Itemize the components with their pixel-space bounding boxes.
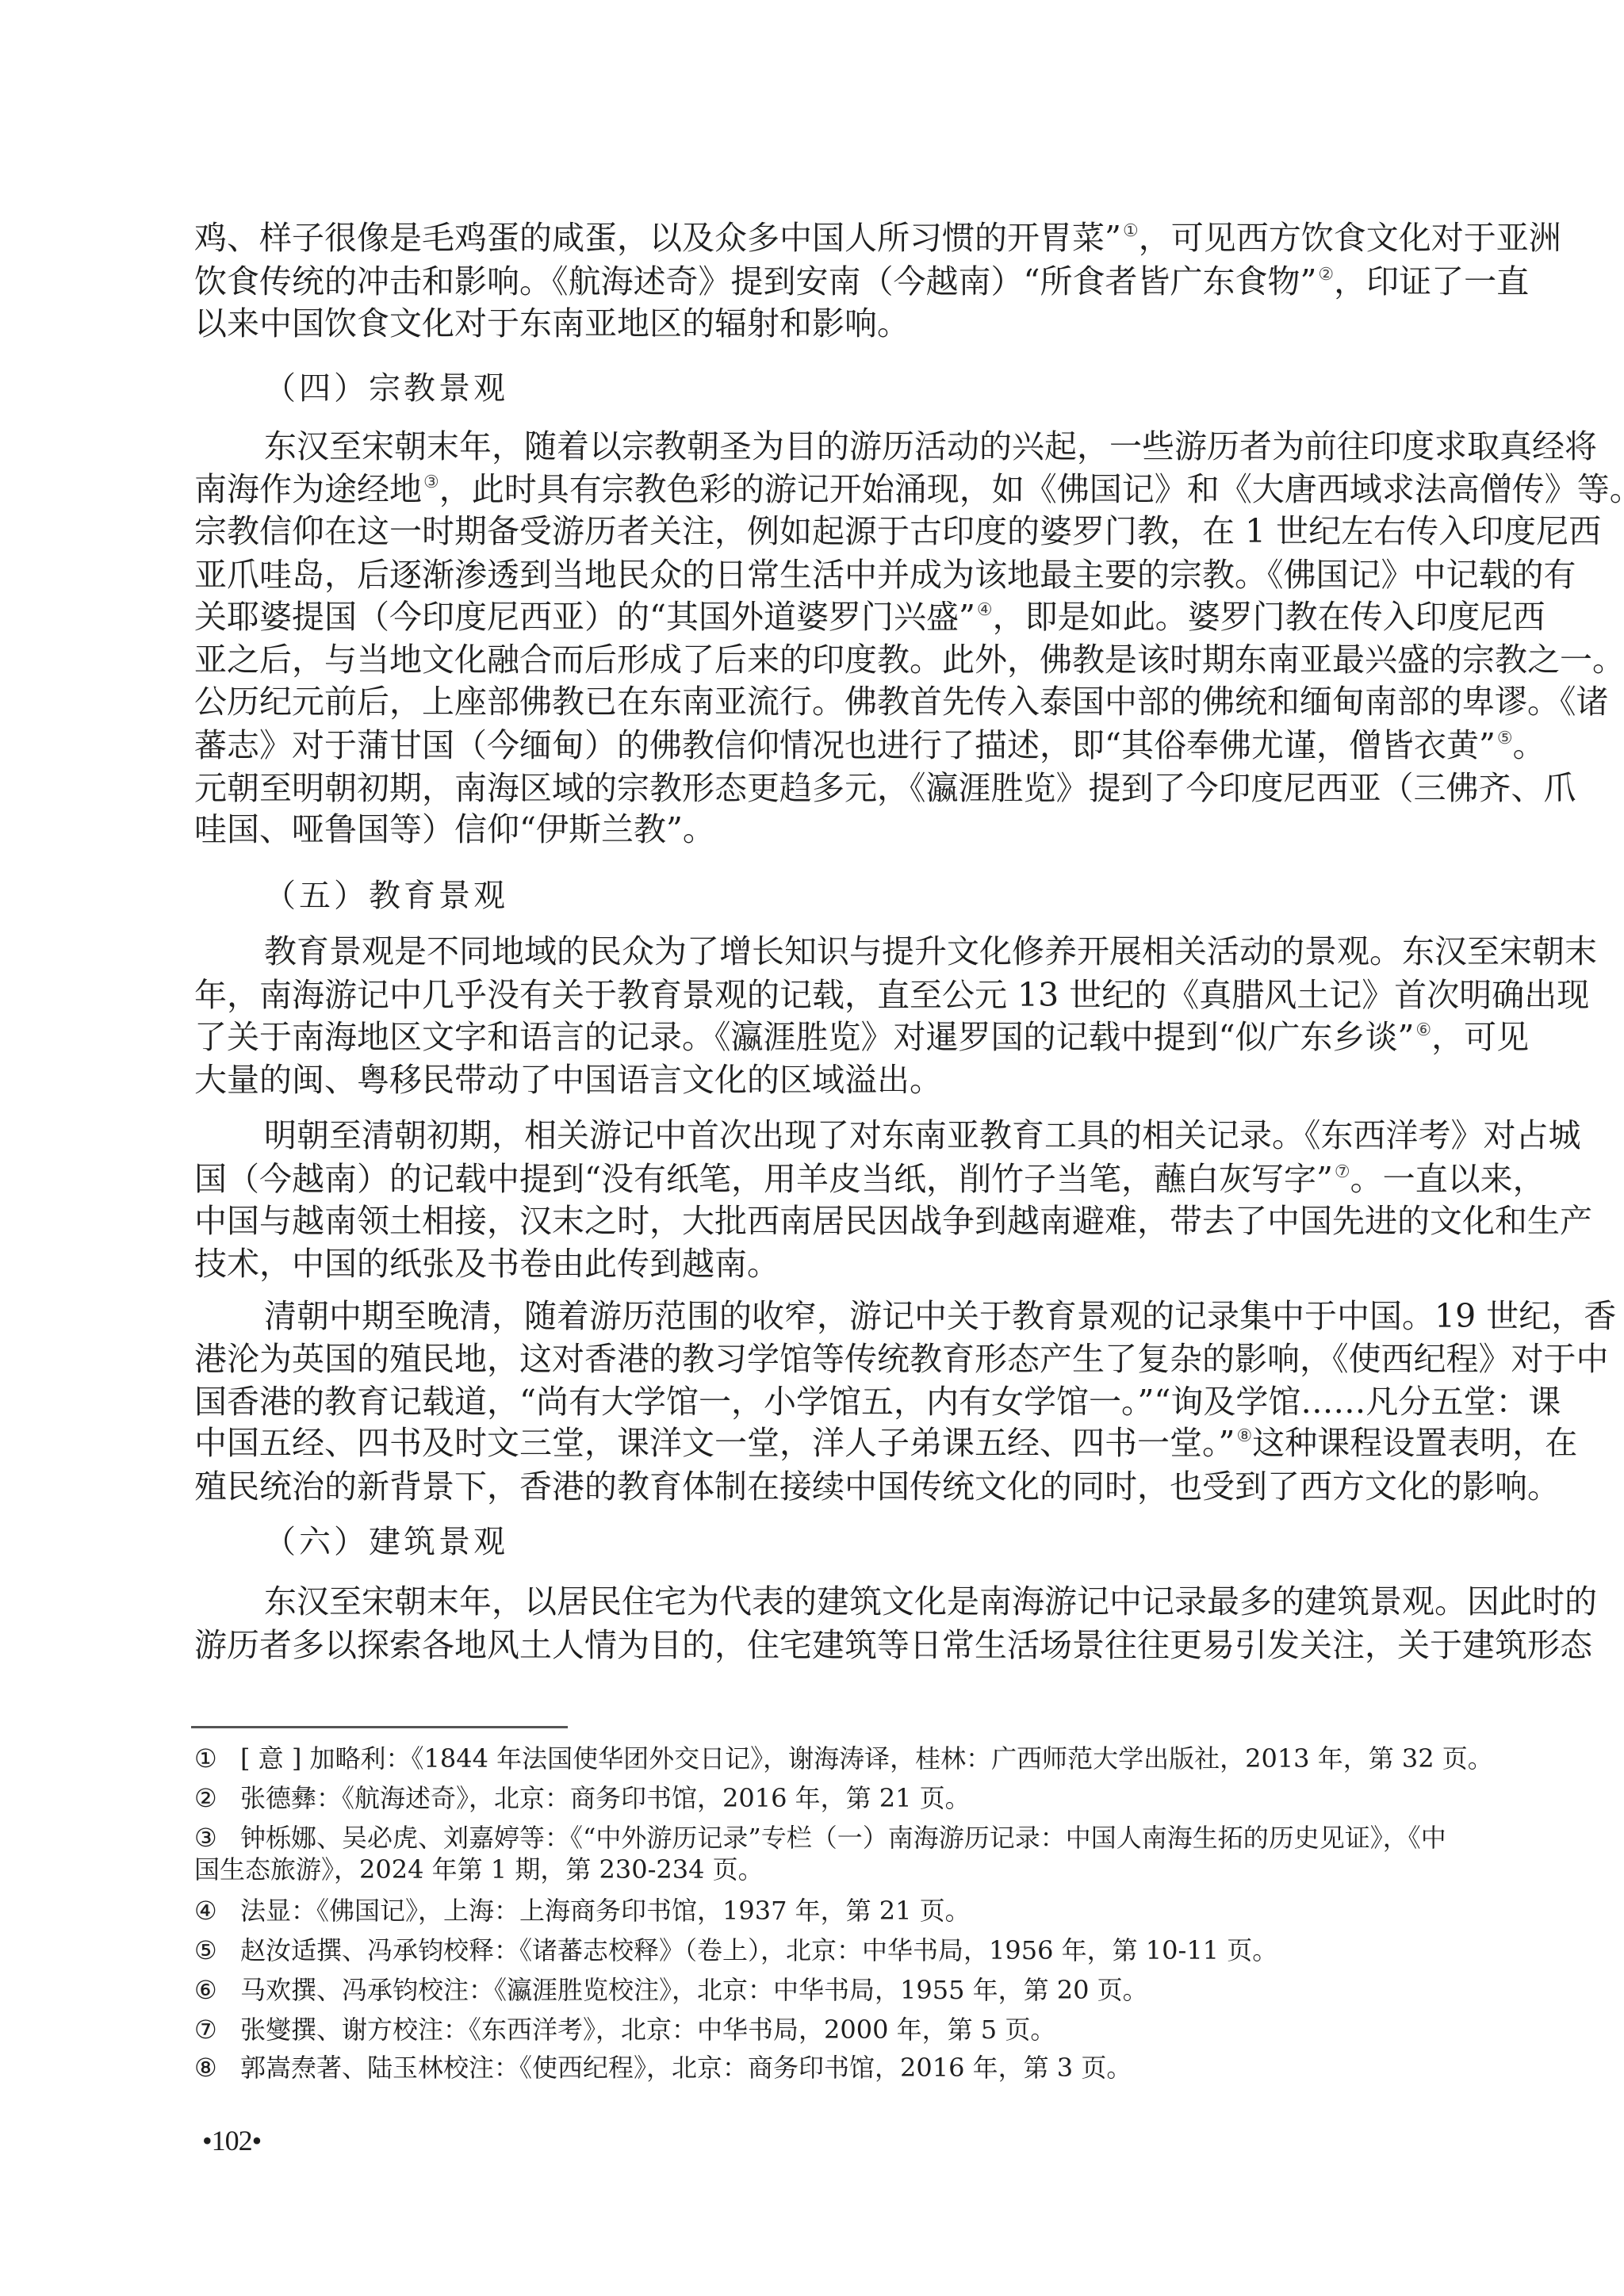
text-span: 南海作为途经地 — [194, 470, 422, 508]
footnote-text: 郭嵩焘著、陆玉林校注：《使西纪程》，北京：商务印书馆，2016 年，第 3 页。 — [240, 2053, 1132, 2083]
document-page: 鸡、样子很像是毛鸡蛋的咸蛋，以及众多中国人所习惯的开胃菜”①，可见西方饮食文化对… — [0, 0, 1624, 2296]
body-line: 元朝至明朝初期，南海区域的宗教形态更趋多元，《瀛涯胜览》提到了今印度尼西亚（三佛… — [194, 768, 1431, 808]
body-line: 了关于南海地区文字和语言的记录。《瀛涯胜览》对暹罗国的记载中提到“似广东乡谈”⑥… — [194, 1017, 1431, 1057]
text-span: 这种课程设置表明，在 — [1252, 1424, 1577, 1462]
body-line: 哇国、哑鲁国等）信仰“伊斯兰教”。 — [194, 809, 1431, 849]
footnote-ref-5[interactable]: ⑤ — [1497, 729, 1513, 748]
text-span: 饮食传统的冲击和影响。《航海述奇》提到安南（今越南）“所食者皆广东食物” — [194, 262, 1316, 300]
body-line: 游历者多以探索各地风土人情为目的，住宅建筑等日常生活场景往往更易引发关注，关于建… — [194, 1625, 1431, 1665]
section-heading-education: （五）教育景观 — [264, 876, 508, 916]
text-span: 中国五经、四书及时文三堂，课洋文一堂，洋人子弟课五经、四书一堂。” — [194, 1424, 1235, 1462]
footnote-ref-4[interactable]: ④ — [977, 600, 993, 620]
body-line: 南海作为途经地③，此时具有宗教色彩的游记开始涌现，如《佛国记》和《大唐西域求法高… — [194, 469, 1431, 509]
footnote-text: 钟栎娜、吴必虎、刘嘉婷等：《“中外游历记录”专栏（一）南海游历记录：中国人南海生… — [240, 1823, 1446, 1853]
footnote-5: ⑤赵汝适撰、冯承钧校释：《诸蕃志校释》（卷上），北京：中华书局，1956 年，第… — [194, 1934, 1277, 1967]
footnote-2: ②张德彝：《航海述奇》，北京：商务印书馆，2016 年，第 21 页。 — [194, 1781, 971, 1815]
footnote-number: ① — [194, 1742, 240, 1775]
text-span: ，可见西方饮食文化对于亚洲 — [1139, 219, 1561, 257]
body-line: 港沦为英国的殖民地，这对香港的教习学馆等传统教育形态产生了复杂的影响，《使西纪程… — [194, 1339, 1431, 1379]
body-line: 年，南海游记中几乎没有关于教育景观的记载，直至公元 13 世纪的《真腊风土记》首… — [194, 975, 1431, 1015]
body-line: 宗教信仰在这一时期备受游历者关注，例如起源于古印度的婆罗门教，在 1 世纪左右传… — [194, 511, 1431, 551]
footnote-divider — [191, 1726, 568, 1728]
text-span: 国（今越南）的记载中提到“没有纸笔，用羊皮当纸，削竹子当笔，蘸白灰写字” — [194, 1160, 1333, 1198]
body-line: 教育景观是不同地域的民众为了增长知识与提升文化修养开展相关活动的景观。东汉至宋朝… — [264, 932, 1431, 971]
body-line: 中国与越南领土相接，汉末之时，大批西南居民因战争到越南避难，带去了中国先进的文化… — [194, 1201, 1431, 1241]
footnote-ref-3[interactable]: ③ — [423, 473, 439, 492]
text-span: 关耶婆提国（今印度尼西亚）的“其国外道婆罗门兴盛” — [194, 598, 975, 636]
footnote-3-continuation: 国生态旅游》，2024 年第 1 期，第 230-234 页。 — [194, 1853, 764, 1886]
body-line: 国（今越南）的记载中提到“没有纸笔，用羊皮当纸，削竹子当笔，蘸白灰写字”⑦。一直… — [194, 1159, 1431, 1199]
footnote-ref-1[interactable]: ① — [1123, 221, 1139, 241]
footnote-ref-7[interactable]: ⑦ — [1335, 1162, 1350, 1182]
footnote-number: ⑧ — [194, 2051, 240, 2084]
body-line: 亚爪哇岛，后逐渐渗透到当地民众的日常生活中并成为该地最主要的宗教。《佛国记》中记… — [194, 555, 1431, 595]
text-span: ，可见 — [1431, 1018, 1529, 1056]
footnote-text: 张燮撰、谢方校注：《东西洋考》，北京：中华书局，2000 年，第 5 页。 — [240, 2015, 1055, 2045]
body-line: 中国五经、四书及时文三堂，课洋文一堂，洋人子弟课五经、四书一堂。”⑧这种课程设置… — [194, 1423, 1431, 1463]
footnote-ref-6[interactable]: ⑥ — [1415, 1020, 1431, 1040]
body-line: 以来中国饮食文化对于东南亚地区的辐射和影响。 — [194, 304, 1431, 343]
footnote-ref-2[interactable]: ② — [1318, 265, 1334, 285]
text-span: ，即是如此。婆罗门教在传入印度尼西 — [993, 598, 1545, 636]
body-line: 蕃志》对于蒲甘国（今缅甸）的佛教信仰情况也进行了描述，即“其俗奉佛尤谨，僧皆衣黄… — [194, 725, 1431, 765]
text-span: 。 — [1513, 726, 1545, 764]
footnote-number: ⑦ — [194, 2013, 240, 2046]
footnote-text: 赵汝适撰、冯承钧校释：《诸蕃志校释》（卷上），北京：中华书局，1956 年，第 … — [240, 1935, 1277, 1965]
body-line: 公历纪元前后，上座部佛教已在东南亚流行。佛教首先传入泰国中部的佛统和缅甸南部的卑… — [194, 682, 1431, 721]
body-line: 东汉至宋朝末年，以居民住宅为代表的建筑文化是南海游记中记录最多的建筑景观。因此时… — [264, 1582, 1431, 1621]
footnote-8: ⑧郭嵩焘著、陆玉林校注：《使西纪程》，北京：商务印书馆，2016 年，第 3 页… — [194, 2051, 1132, 2084]
text-span: 了关于南海地区文字和语言的记录。《瀛涯胜览》对暹罗国的记载中提到“似广东乡谈” — [194, 1018, 1414, 1056]
body-line: 亚之后，与当地文化融合而后形成了后来的印度教。此外，佛教是该时期东南亚最兴盛的宗… — [194, 640, 1431, 679]
body-line: 饮食传统的冲击和影响。《航海述奇》提到安南（今越南）“所食者皆广东食物”②，印证… — [194, 262, 1431, 301]
text-span: 。一直以来， — [1350, 1160, 1545, 1198]
text-span: ，此时具有宗教色彩的游记开始涌现，如《佛国记》和《大唐西域求法高僧传》等。 — [439, 470, 1624, 508]
footnote-text: 马欢撰、冯承钧校注：《瀛涯胜览校注》，北京：中华书局，1955 年，第 20 页… — [240, 1975, 1148, 2005]
body-line: 国香港的教育记载道，“尚有大学馆一，小学馆五，内有女学馆一。”“询及学馆……凡分… — [194, 1382, 1431, 1422]
footnote-6: ⑥马欢撰、冯承钧校注：《瀛涯胜览校注》，北京：中华书局，1955 年，第 20 … — [194, 1973, 1148, 2007]
body-line: 鸡、样子很像是毛鸡蛋的咸蛋，以及众多中国人所习惯的开胃菜”①，可见西方饮食文化对… — [194, 218, 1431, 258]
body-line: 关耶婆提国（今印度尼西亚）的“其国外道婆罗门兴盛”④，即是如此。婆罗门教在传入印… — [194, 597, 1431, 637]
body-line: 清朝中期至晚清，随着游历范围的收窄，游记中关于教育景观的记录集中于中国。19 世… — [264, 1296, 1431, 1336]
text-span: 鸡、样子很像是毛鸡蛋的咸蛋，以及众多中国人所习惯的开胃菜” — [194, 219, 1121, 257]
footnote-number: ② — [194, 1781, 240, 1815]
section-heading-religion: （四）宗教景观 — [264, 369, 508, 408]
footnote-text: [ 意 ] 加略利：《1844 年法国使华团外交日记》，谢海涛译，桂林：广西师范… — [240, 1743, 1493, 1774]
body-line: 殖民统治的新背景下，香港的教育体制在接续中国传统文化的同时，也受到了西方文化的影… — [194, 1467, 1431, 1506]
text-span: 蕃志》对于蒲甘国（今缅甸）的佛教信仰情况也进行了描述，即“其俗奉佛尤谨，僧皆衣黄… — [194, 726, 1496, 764]
footnote-number: ⑥ — [194, 1973, 240, 2007]
page-number: •102• — [202, 2125, 261, 2156]
footnote-7: ⑦张燮撰、谢方校注：《东西洋考》，北京：中华书局，2000 年，第 5 页。 — [194, 2013, 1055, 2046]
body-line: 技术，中国的纸张及书卷由此传到越南。 — [194, 1244, 1431, 1284]
footnote-4: ④法显：《佛国记》，上海：上海商务印书馆，1937 年，第 21 页。 — [194, 1894, 971, 1927]
footnote-3: ③钟栎娜、吴必虎、刘嘉婷等：《“中外游历记录”专栏（一）南海游历记录：中国人南海… — [194, 1821, 1431, 1854]
body-line: 明朝至清朝初期，相关游记中首次出现了对东南亚教育工具的相关记录。《东西洋考》对占… — [264, 1115, 1431, 1155]
body-line: 东汉至宋朝末年，随着以宗教朝圣为目的游历活动的兴起，一些游历者为前往印度求取真经… — [264, 427, 1431, 466]
footnote-1: ①[ 意 ] 加略利：《1844 年法国使华团外交日记》，谢海涛译，桂林：广西师… — [194, 1742, 1493, 1775]
footnote-text: 张德彝：《航海述奇》，北京：商务印书馆，2016 年，第 21 页。 — [240, 1783, 971, 1813]
footnote-ref-8[interactable]: ⑧ — [1236, 1426, 1252, 1446]
footnote-number: ⑤ — [194, 1934, 240, 1967]
footnote-number: ④ — [194, 1894, 240, 1927]
section-heading-architecture: （六）建筑景观 — [264, 1522, 508, 1562]
body-line: 大量的闽、粤移民带动了中国语言文化的区域溢出。 — [194, 1060, 1431, 1100]
footnote-text: 法显：《佛国记》，上海：上海商务印书馆，1937 年，第 21 页。 — [240, 1896, 971, 1926]
footnote-number: ③ — [194, 1821, 240, 1854]
text-span: ，印证了一直 — [1334, 262, 1529, 300]
